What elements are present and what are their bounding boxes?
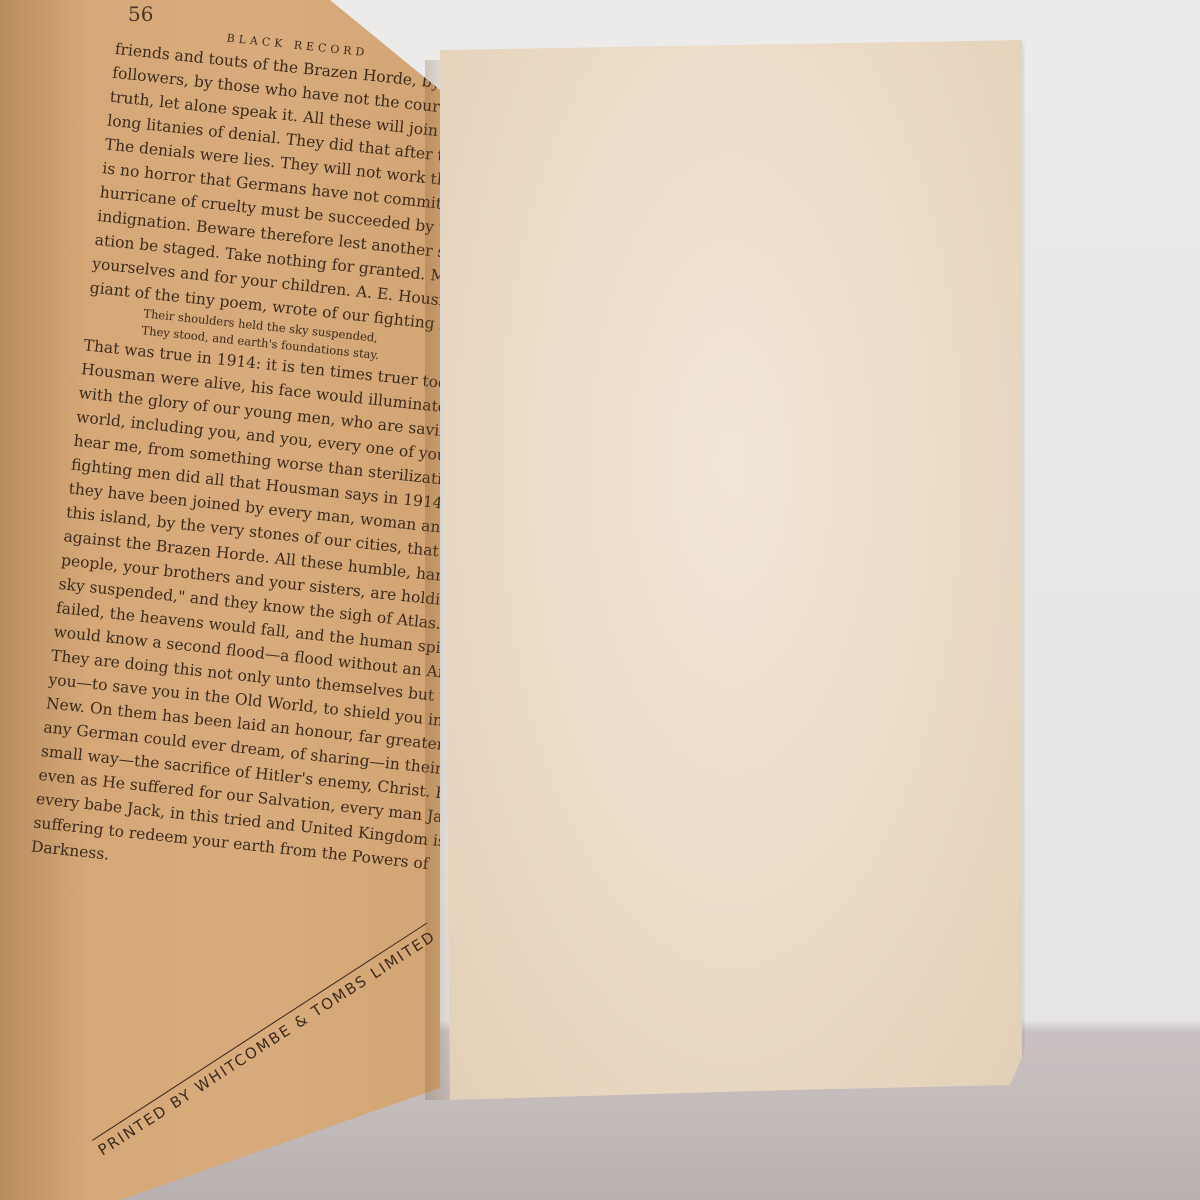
page-text: BLACK RECORD friends and touts of the Br… [30,20,426,891]
right-page-blank [440,40,1022,1100]
left-page: 56 BLACK RECORD friends and touts of the… [0,0,440,1200]
